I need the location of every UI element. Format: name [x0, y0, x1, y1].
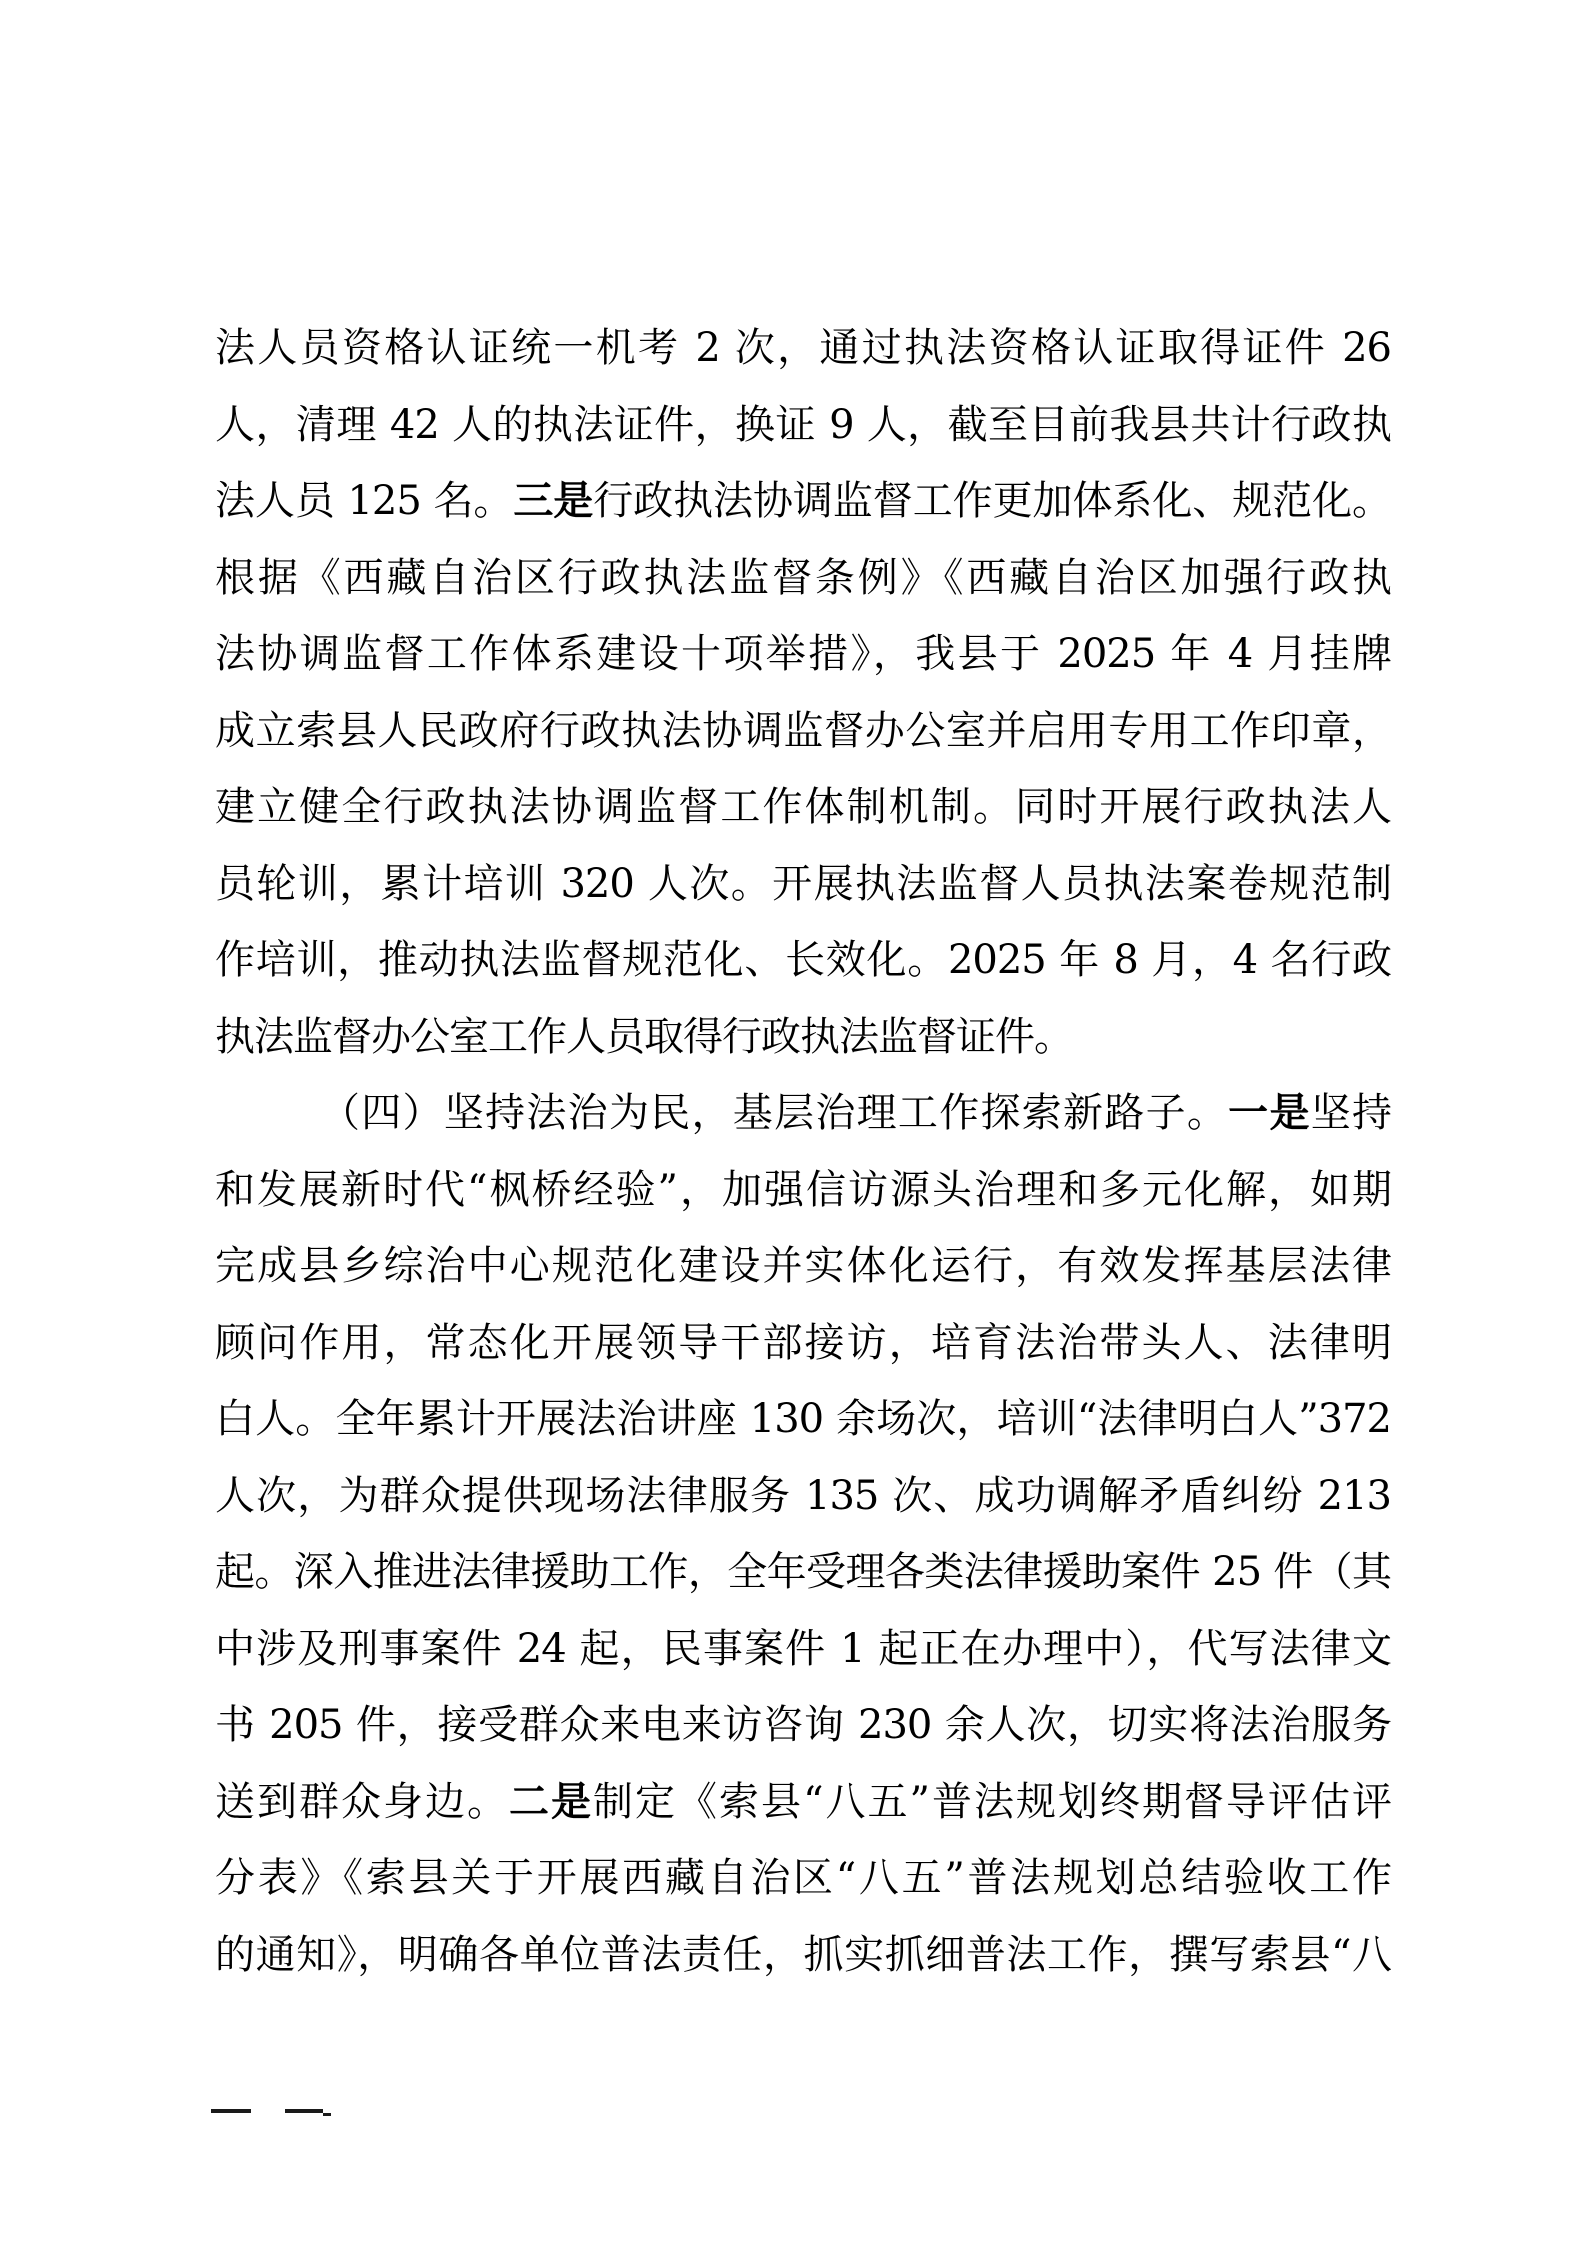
text-segment: 书 205 件，接受群众来电来访咨询 230 余人次，切实将法治服务 — [215, 1702, 1391, 1748]
text-segment: 法协调监督工作体系建设十项举措》，我县于 2025 年 4 月挂牌 — [215, 631, 1391, 677]
text-segment: 作培训，推动执法监督规范化、长效化。2025 年 8 月，4 名行政 — [215, 937, 1391, 983]
text-line: 书 205 件，接受群众来电来访咨询 230 余人次，切实将法治服务 — [215, 1687, 1391, 1764]
text-segment: 人，清理 42 人的执法证件，换证 9 人，截至目前我县共计行政执 — [215, 402, 1391, 448]
text-line: 作培训，推动执法监督规范化、长效化。2025 年 8 月，4 名行政 — [215, 922, 1391, 999]
text-segment: 根据《西藏自治区行政执法监督条例》《西藏自治区加强行政执 — [215, 555, 1391, 601]
text-line: 法人员资格认证统一机考 2 次，通过执法资格认证取得证件 26 — [215, 310, 1391, 387]
text-segment: 起。深入推进法律援助工作，全年受理各类法律援助案件 25 件（其 — [215, 1549, 1391, 1595]
text-line: 中涉及刑事案件 24 起，民事案件 1 起正在办理中），代写法律文 — [215, 1611, 1391, 1688]
text-segment: 的通知》，明确各单位普法责任，抓实抓细普法工作，撰写索县“八 — [215, 1932, 1391, 1978]
text-line: 人次，为群众提供现场法律服务 135 次、成功调解矛盾纠纷 213 — [215, 1458, 1391, 1535]
text-segment: 执法监督办公室工作人员取得行政执法监督证件。 — [215, 1014, 1073, 1060]
text-line: 和发展新时代“枫桥经验”，加强信访源头治理和多元化解，如期 — [215, 1152, 1391, 1229]
text-segment: （四）坚持法治为民，基层治理工作探索新路子。 — [320, 1090, 1228, 1136]
page-number-dash-0 — [211, 2109, 251, 2113]
text-line: 白人。全年累计开展法治讲座 130 余场次，培训“法律明白人”372 — [215, 1381, 1391, 1458]
text-segment: 顾问作用，常态化开展领导干部接访，培育法治带头人、法律明 — [215, 1320, 1391, 1366]
text-segment: 成立索县人民政府行政执法协调监督办公室并启用专用工作印章， — [215, 708, 1391, 754]
bold-emphasis: 二是 — [509, 1778, 593, 1825]
text-line: 的通知》，明确各单位普法责任，抓实抓细普法工作，撰写索县“八 — [215, 1917, 1391, 1994]
text-segment: 行政执法协调监督工作更加体系化、规范化。 — [593, 478, 1391, 524]
text-line: 人，清理 42 人的执法证件，换证 9 人，截至目前我县共计行政执 — [215, 387, 1391, 464]
text-line: 法人员 125 名。三是行政执法协调监督工作更加体系化、规范化。 — [215, 463, 1391, 540]
text-segment: 分表》《索县关于开展西藏自治区“八五”普法规划总结验收工作 — [215, 1855, 1391, 1901]
text-segment: 法人员 125 名。 — [215, 478, 513, 524]
text-line: 送到群众身边。二是制定《索县“八五”普法规划终期督导评估评 — [215, 1764, 1391, 1841]
text-segment: 制定《索县“八五”普法规划终期督导评估评 — [593, 1779, 1391, 1825]
page-number-tick-2 — [323, 2113, 331, 2116]
text-line: 员轮训，累计培训 320 人次。开展执法监督人员执法案卷规范制 — [215, 846, 1391, 923]
text-line: 分表》《索县关于开展西藏自治区“八五”普法规划总结验收工作 — [215, 1840, 1391, 1917]
text-line: （四）坚持法治为民，基层治理工作探索新路子。一是坚持 — [215, 1075, 1391, 1152]
bold-emphasis: 一是 — [1228, 1089, 1311, 1136]
page-number-dash-1 — [285, 2109, 323, 2113]
text-line: 完成县乡综治中心规范化建设并实体化运行，有效发挥基层法律 — [215, 1228, 1391, 1305]
text-segment: 人次，为群众提供现场法律服务 135 次、成功调解矛盾纠纷 213 — [215, 1473, 1391, 1519]
bold-emphasis: 三是 — [513, 477, 593, 524]
text-segment: 员轮训，累计培训 320 人次。开展执法监督人员执法案卷规范制 — [215, 861, 1391, 907]
text-line: 起。深入推进法律援助工作，全年受理各类法律援助案件 25 件（其 — [215, 1534, 1391, 1611]
text-line: 法协调监督工作体系建设十项举措》，我县于 2025 年 4 月挂牌 — [215, 616, 1391, 693]
text-line: 执法监督办公室工作人员取得行政执法监督证件。 — [215, 999, 1391, 1076]
text-line: 根据《西藏自治区行政执法监督条例》《西藏自治区加强行政执 — [215, 540, 1391, 617]
text-line: 顾问作用，常态化开展领导干部接访，培育法治带头人、法律明 — [215, 1305, 1391, 1382]
text-block: 法人员资格认证统一机考 2 次，通过执法资格认证取得证件 26人，清理 42 人… — [215, 310, 1391, 1993]
document-page: { "page": { "background": "#ffffff", "te… — [0, 0, 1586, 2243]
text-segment: 完成县乡综治中心规范化建设并实体化运行，有效发挥基层法律 — [215, 1243, 1391, 1289]
text-segment: 和发展新时代“枫桥经验”，加强信访源头治理和多元化解，如期 — [215, 1167, 1391, 1213]
text-line: 建立健全行政执法协调监督工作体制机制。同时开展行政执法人 — [215, 769, 1391, 846]
text-line: 成立索县人民政府行政执法协调监督办公室并启用专用工作印章， — [215, 693, 1391, 770]
text-segment: 法人员资格认证统一机考 2 次，通过执法资格认证取得证件 26 — [215, 325, 1391, 371]
text-segment: 建立健全行政执法协调监督工作体制机制。同时开展行政执法人 — [215, 784, 1391, 830]
text-segment: 送到群众身边。 — [215, 1779, 509, 1825]
text-segment: 中涉及刑事案件 24 起，民事案件 1 起正在办理中），代写法律文 — [215, 1626, 1391, 1672]
text-segment: 坚持 — [1311, 1090, 1391, 1136]
text-segment: 白人。全年累计开展法治讲座 130 余场次，培训“法律明白人”372 — [215, 1396, 1391, 1442]
